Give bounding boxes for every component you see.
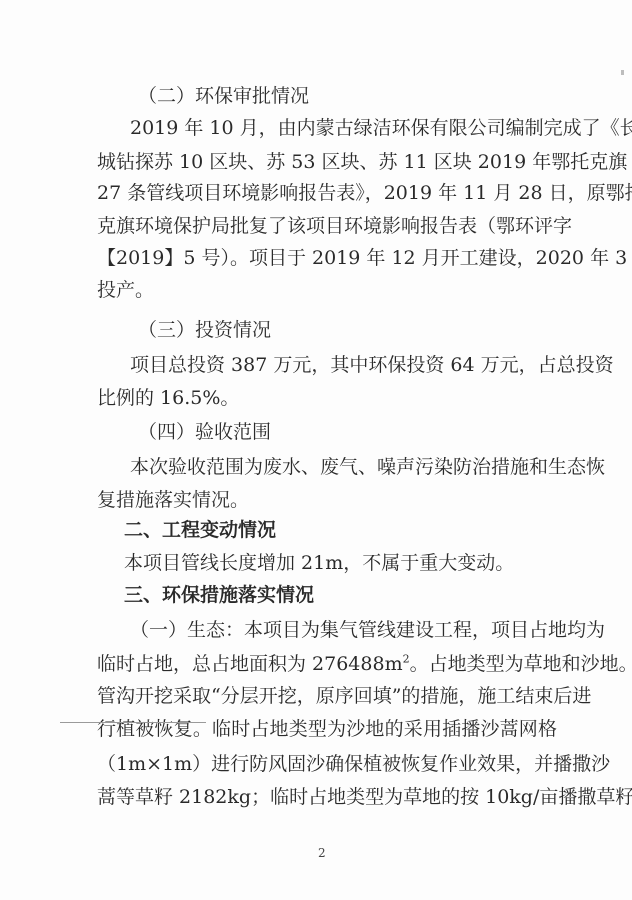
paragraph-line: （1m×1m）进行防风固沙确保植被恢复作业效果，并播撒沙 xyxy=(97,748,557,781)
paragraph-line-area: 临时占地，总占地面积为 276488m2。占地类型为草地和沙地。 xyxy=(97,648,557,681)
subheading-scope: （四）验收范围 xyxy=(138,416,438,449)
paragraph-line: 管沟开挖采取“分层开挖，原序回填”的措施，施工结束后进 xyxy=(97,680,557,713)
section-heading-changes: 二、工程变动情况 xyxy=(124,514,524,547)
section-heading-measures: 三、环保措施落实情况 xyxy=(124,579,524,612)
paragraph-line: 27 条管线项目环境影响报告表》，2019 年 11 月 28 日，原鄂托 xyxy=(97,177,557,210)
paragraph-line: 克旗环境保护局批复了该项目环境影响报告表（鄂环评字 xyxy=(97,210,557,243)
document-page: （二）环保审批情况 2019 年 10 月，由内蒙古绿洁环保有限公司编制完成了《… xyxy=(0,0,632,900)
paragraph-line: 比例的 16.5%。 xyxy=(97,382,557,415)
superscript: 2 xyxy=(403,653,410,666)
paragraph-line: （一）生态：本项目为集气管线建设工程，项目占地均为 xyxy=(130,614,557,647)
paragraph-line: 2019 年 10 月，由内蒙古绿洁环保有限公司编制完成了《长 xyxy=(130,112,557,145)
paragraph-line: 复措施落实情况。 xyxy=(97,484,557,517)
paragraph-line: 投产。 xyxy=(97,274,557,307)
area-text: 临时占地，总占地面积为 276488m xyxy=(97,653,403,675)
paragraph-line: 城钻探苏 10 区块、苏 53 区块、苏 11 区块 2019 年鄂托克旗 xyxy=(97,146,557,179)
subheading-approval: （二）环保审批情况 xyxy=(138,80,438,113)
paragraph-line: 本项目管线长度增加 21m，不属于重大变动。 xyxy=(124,547,544,580)
paragraph-line: 行植被恢复。临时占地类型为沙地的采用插播沙蒿网格 xyxy=(97,713,557,746)
scan-artifact xyxy=(621,70,624,75)
area-text-continued: 。占地类型为草地和沙地。 xyxy=(410,653,632,675)
stray-horizontal-rule xyxy=(60,722,206,723)
page-number: 2 xyxy=(318,846,326,860)
paragraph-line: 项目总投资 387 万元，其中环保投资 64 万元，占总投资 xyxy=(130,349,557,382)
paragraph-line: 【2019】5 号）。项目于 2019 年 12 月开工建设，2020 年 3 … xyxy=(97,242,557,275)
paragraph-line: 蒿等草籽 2182kg；临时占地类型为草地的按 10kg/亩播撒草籽， xyxy=(97,781,557,814)
paragraph-line: 本次验收范围为废水、废气、噪声污染防治措施和生态恢 xyxy=(130,451,557,484)
subheading-investment: （三）投资情况 xyxy=(138,314,438,347)
